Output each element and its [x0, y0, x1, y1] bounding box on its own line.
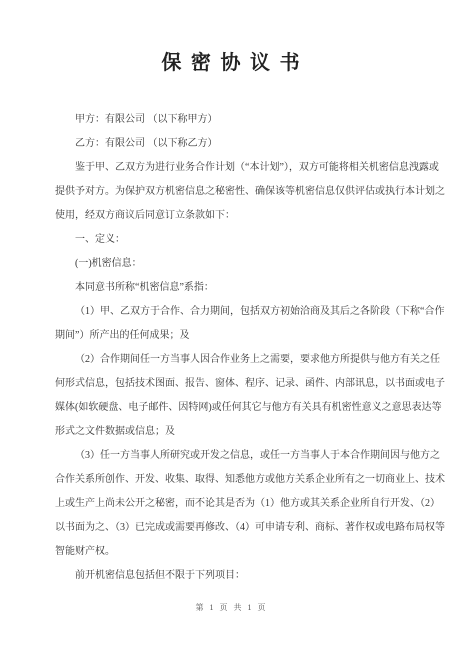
- document-page: 保 密 协 议 书 甲方：有限公司 （以下称甲方） 乙方：有限公司 （以下称乙方…: [0, 0, 463, 655]
- section-heading-definitions: 一、定义：: [55, 228, 447, 252]
- subsection-heading-confidential-info: (一)机密信息：: [55, 252, 447, 276]
- page-number: 第 1 页 共 1 页: [0, 602, 463, 614]
- definition-item-1: （1）甲、乙双方于合作、合力期间，包括双方初始洽商及其后之各阶段（下称“合作期间…: [55, 300, 447, 348]
- definition-item-3: （3）任一方当事人所研究或开发之信息，或任一方当事人于本合作期间因与他方之合作关…: [55, 444, 447, 564]
- document-body: 甲方：有限公司 （以下称甲方） 乙方：有限公司 （以下称乙方） 鉴于甲、乙双方为…: [55, 108, 447, 588]
- party-a-line: 甲方：有限公司 （以下称甲方）: [55, 108, 447, 132]
- document-title: 保 密 协 议 书: [0, 50, 463, 76]
- definition-intro-line: 本同意书所称“机密信息”系指：: [55, 276, 447, 300]
- definition-item-2: （2）合作期间任一方当事人因合作业务上之需要，要求他方所提供与他方有关之任何形式…: [55, 348, 447, 444]
- party-b-line: 乙方：有限公司 （以下称乙方）: [55, 132, 447, 156]
- closing-line: 前开机密信息包括但不限于下列项目：: [55, 564, 447, 588]
- preamble-paragraph: 鉴于甲、乙双方为进行业务合作计划（“本计划”），双方可能将相关机密信息洩露或提供…: [55, 156, 447, 228]
